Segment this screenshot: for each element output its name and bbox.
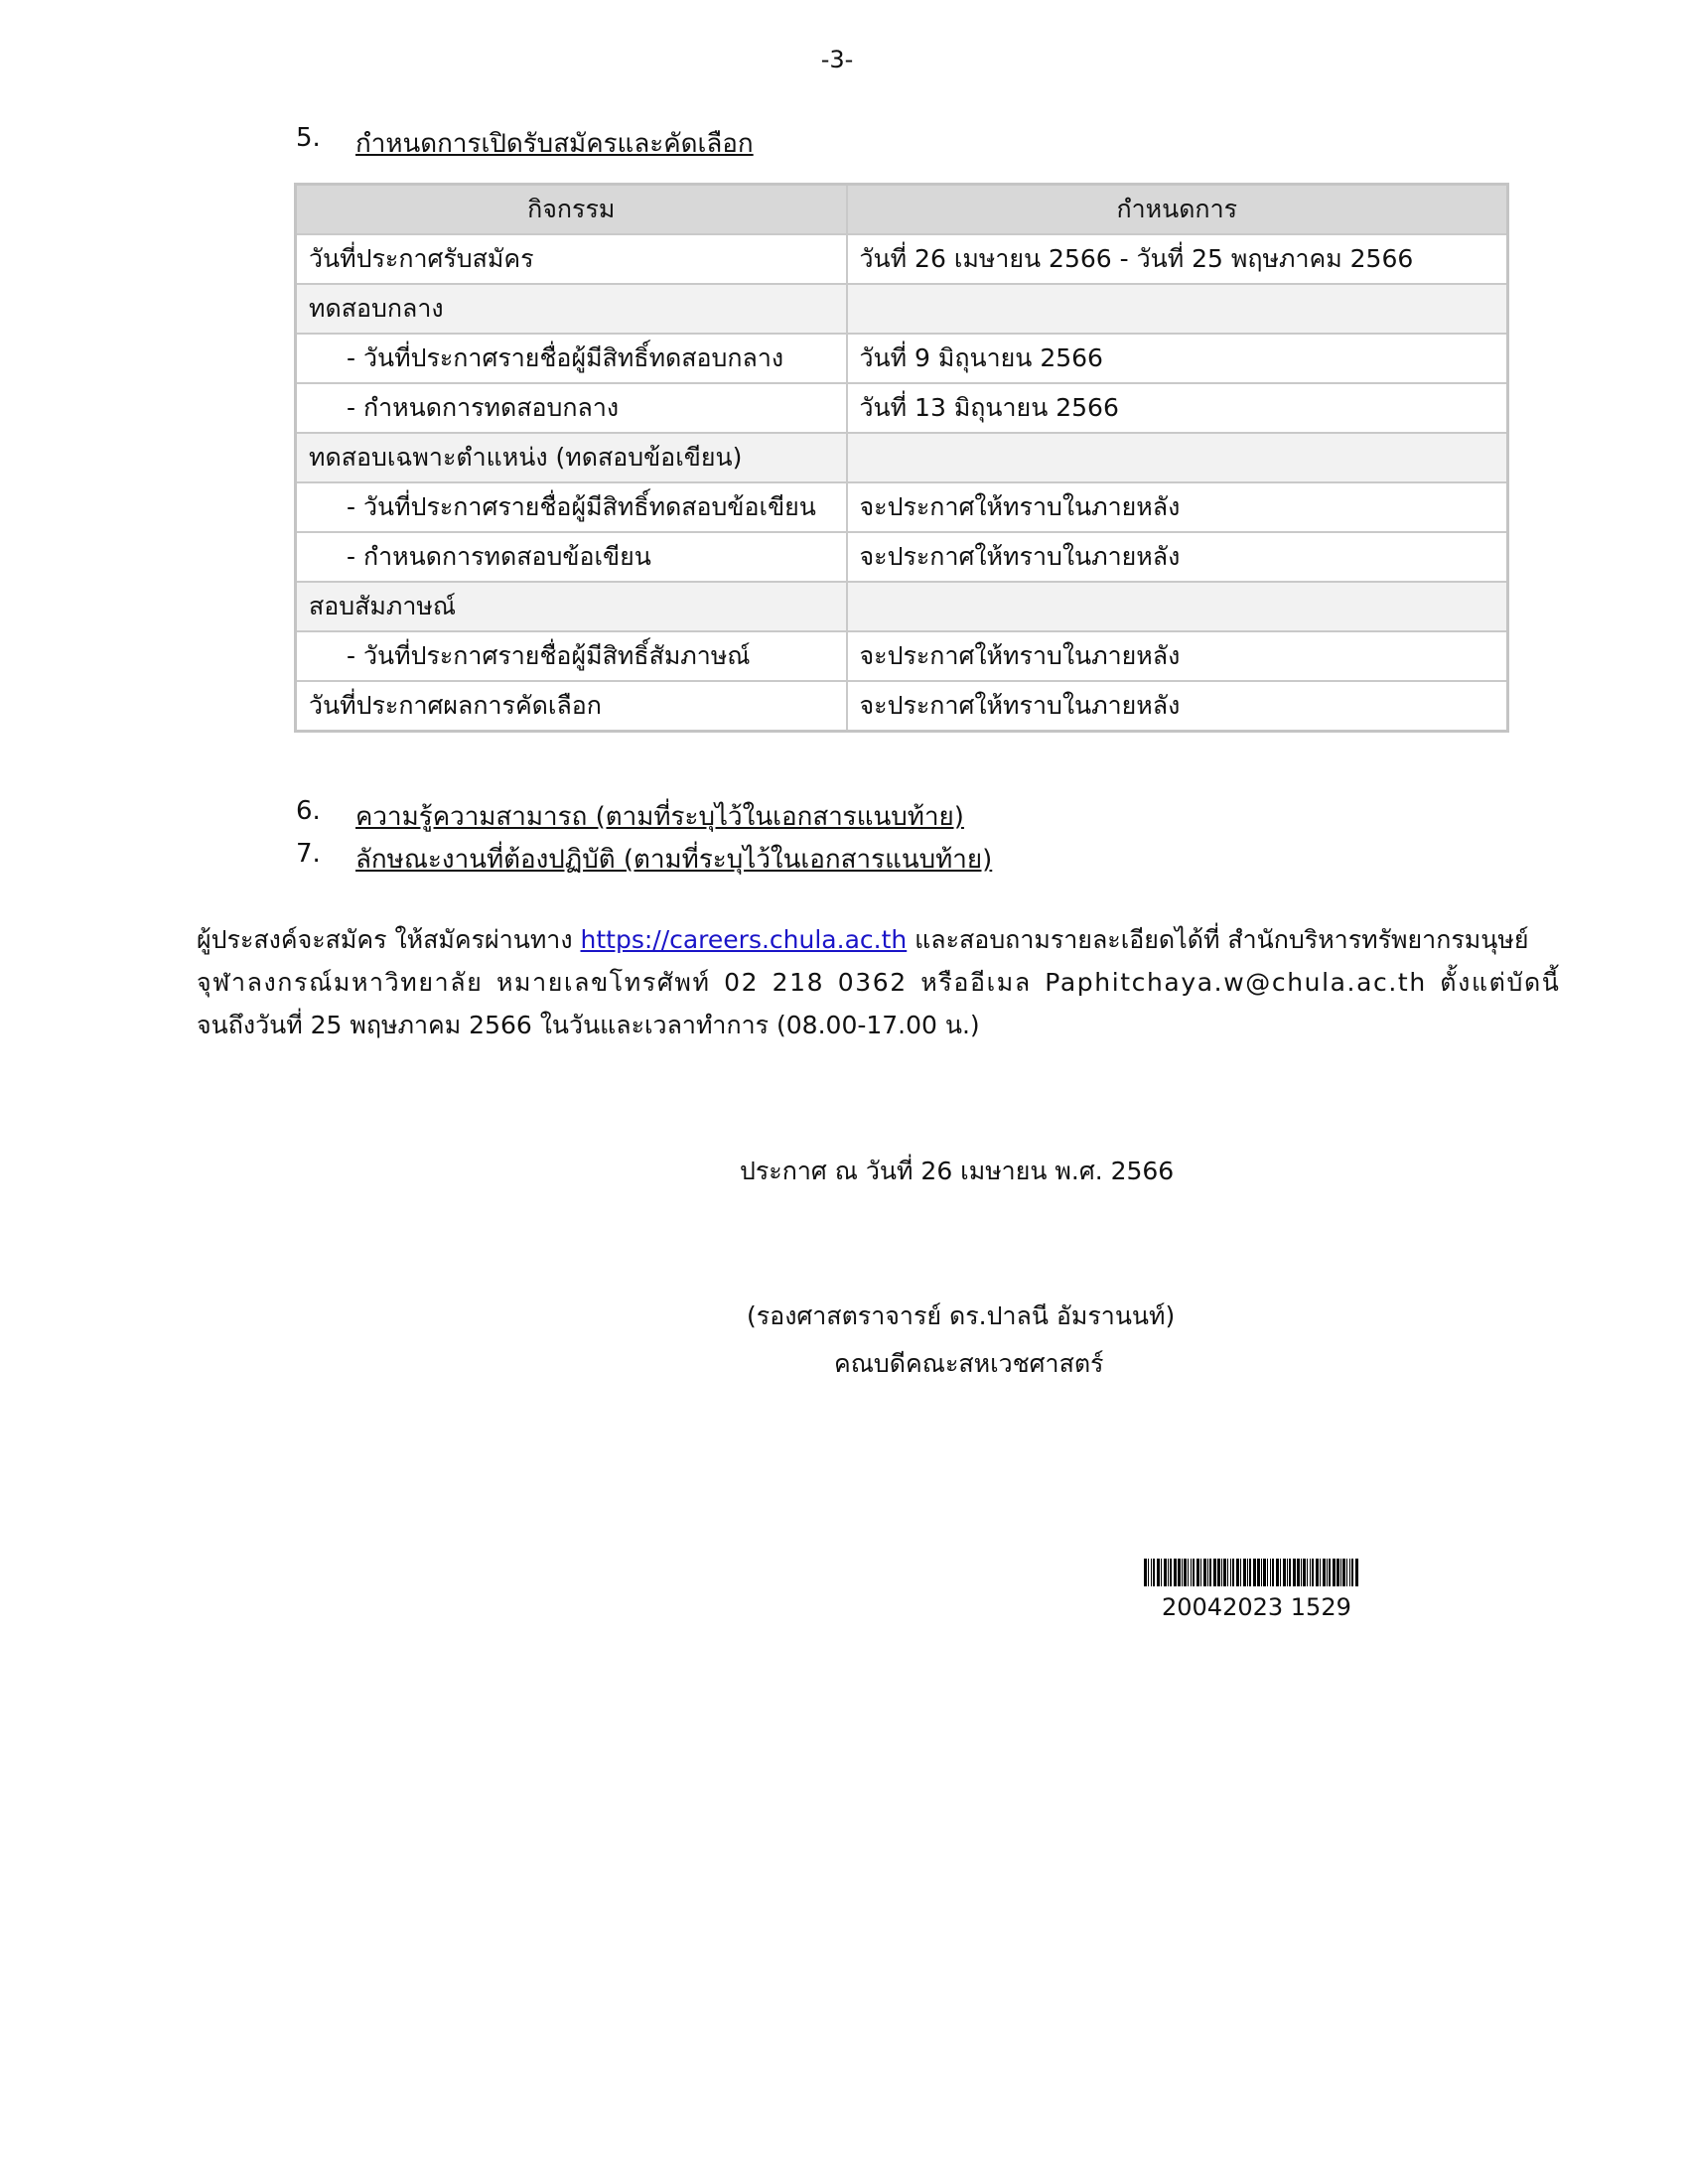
table-row: - กำหนดการทดสอบกลางวันที่ 13 มิถุนายน 25… [296, 383, 1508, 433]
column-header-activity: กิจกรรม [296, 185, 847, 235]
activity-cell: วันที่ประกาศรับสมัคร [296, 234, 847, 284]
careers-link[interactable]: https://careers.chula.ac.th [581, 925, 908, 954]
schedule-cell: วันที่ 9 มิถุนายน 2566 [847, 334, 1508, 383]
paragraph-line-2: จุฬาลงกรณ์มหาวิทยาลัย หมายเลขโทรศัพท์ 02… [197, 961, 1487, 1004]
table-header-row: กิจกรรม กำหนดการ [296, 185, 1508, 235]
table-row: วันที่ประกาศผลการคัดเลือกจะประกาศให้ทราบ… [296, 681, 1508, 732]
activity-cell: สอบสัมภาษณ์ [296, 582, 847, 631]
table-row: วันที่ประกาศรับสมัครวันที่ 26 เมษายน 256… [296, 234, 1508, 284]
schedule-cell: วันที่ 13 มิถุนายน 2566 [847, 383, 1508, 433]
table-row: - วันที่ประกาศรายชื่อผู้มีสิทธิ์ทดสอบข้อ… [296, 482, 1508, 532]
section-title: ความรู้ความสามารถ (ตามที่ระบุไว้ในเอกสาร… [355, 796, 964, 837]
section-number: 5. [296, 123, 321, 153]
table-row: สอบสัมภาษณ์ [296, 582, 1508, 631]
section-number: 6. [296, 796, 321, 826]
activity-cell: วันที่ประกาศผลการคัดเลือก [296, 681, 847, 732]
activity-cell: ทดสอบกลาง [296, 284, 847, 334]
contact-paragraph: ผู้ประสงค์จะสมัคร ให้สมัครผ่านทาง https:… [197, 918, 1487, 1046]
table-row: - วันที่ประกาศรายชื่อผู้มีสิทธิ์ทดสอบกลา… [296, 334, 1508, 383]
schedule-cell [847, 284, 1508, 334]
activity-cell: - กำหนดการทดสอบข้อเขียน [296, 532, 847, 582]
paragraph-line-3: จนถึงวันที่ 25 พฤษภาคม 2566 ในวันและเวลา… [197, 1004, 1487, 1046]
page-number: -3- [0, 46, 1674, 73]
table-row: - วันที่ประกาศรายชื่อผู้มีสิทธิ์สัมภาษณ์… [296, 631, 1508, 681]
schedule-cell: วันที่ 26 เมษายน 2566 - วันที่ 25 พฤษภาค… [847, 234, 1508, 284]
table-row: - กำหนดการทดสอบข้อเขียนจะประกาศให้ทราบใน… [296, 532, 1508, 582]
barcode-icon [1142, 1559, 1360, 1586]
schedule-table: กิจกรรม กำหนดการ วันที่ประกาศรับสมัครวัน… [294, 183, 1509, 733]
section-title: กำหนดการเปิดรับสมัครและคัดเลือก [355, 123, 754, 164]
schedule-cell: จะประกาศให้ทราบในภายหลัง [847, 532, 1508, 582]
schedule-cell: จะประกาศให้ทราบในภายหลัง [847, 482, 1508, 532]
activity-cell: ทดสอบเฉพาะตำแหน่ง (ทดสอบข้อเขียน) [296, 433, 847, 482]
schedule-cell: จะประกาศให้ทราบในภายหลัง [847, 681, 1508, 732]
column-header-schedule: กำหนดการ [847, 185, 1508, 235]
section-number: 7. [296, 839, 321, 869]
table-row: ทดสอบเฉพาะตำแหน่ง (ทดสอบข้อเขียน) [296, 433, 1508, 482]
activity-cell: - วันที่ประกาศรายชื่อผู้มีสิทธิ์ทดสอบข้อ… [296, 482, 847, 532]
schedule-cell [847, 582, 1508, 631]
section-title: ลักษณะงานที่ต้องปฏิบัติ (ตามที่ระบุไว้ใน… [355, 839, 992, 880]
activity-cell: - กำหนดการทดสอบกลาง [296, 383, 847, 433]
schedule-cell: จะประกาศให้ทราบในภายหลัง [847, 631, 1508, 681]
announcement-date: ประกาศ ณ วันที่ 26 เมษายน พ.ศ. 2566 [740, 1152, 1174, 1191]
activity-cell: - วันที่ประกาศรายชื่อผู้มีสิทธิ์ทดสอบกลา… [296, 334, 847, 383]
table-row: ทดสอบกลาง [296, 284, 1508, 334]
barcode-number: 20042023 1529 [1162, 1593, 1351, 1621]
signer-name: (รองศาสตราจารย์ ดร.ปาลนี อัมรานนท์) [747, 1297, 1175, 1336]
signer-title: คณบดีคณะสหเวชศาสตร์ [834, 1344, 1103, 1384]
activity-cell: - วันที่ประกาศรายชื่อผู้มีสิทธิ์สัมภาษณ์ [296, 631, 847, 681]
paragraph-text: ผู้ประสงค์จะสมัคร ให้สมัครผ่านทาง [197, 925, 581, 954]
paragraph-text: และสอบถามรายละเอียดได้ที่ สำนักบริหารทรั… [907, 925, 1528, 954]
paragraph-line-1: ผู้ประสงค์จะสมัคร ให้สมัครผ่านทาง https:… [197, 918, 1487, 961]
schedule-cell [847, 433, 1508, 482]
